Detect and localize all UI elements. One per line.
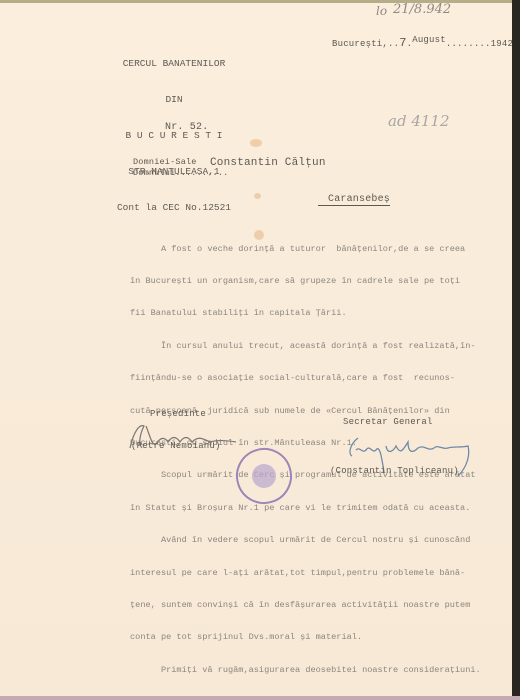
scan-edge-bottom — [0, 696, 520, 700]
body-line: conta pe tot sprijinul Dvs.moral și mate… — [130, 632, 481, 643]
date-dots: .. — [388, 39, 399, 49]
body-line: interesul pe care l-ați arătat,tot timpu… — [130, 568, 481, 579]
archive-note-prefix: lo — [376, 4, 387, 18]
president-name: (Petre Nemoianu) — [131, 441, 221, 451]
body-line: A fost o veche dorință a tuturor bănățen… — [130, 244, 481, 255]
stain — [250, 139, 262, 147]
stamp-emblem — [248, 460, 280, 492]
letterhead-org: CERCUL BANATENILOR — [110, 58, 238, 70]
date-day: 7 — [399, 36, 406, 50]
letterhead-account: Cont la CEC No.12521 — [110, 202, 238, 214]
body-line: ființându-se o asociație social-cultural… — [130, 373, 481, 384]
archive-note-side: ad 4112 — [388, 112, 450, 130]
letter-number: Nr. 52. — [165, 122, 208, 133]
date-month: August — [412, 35, 446, 45]
archive-note-top: 21/8.942 — [393, 2, 451, 17]
stain — [254, 193, 261, 199]
date-place: București, — [332, 39, 388, 49]
body-line: țene, suntem convinși că în desfășurarea… — [130, 600, 481, 611]
body-line: Primiți vă rugăm,asigurarea deosebitei n… — [130, 665, 481, 676]
body-line: în Statut și Broșura Nr.1 pe care vi le … — [130, 503, 481, 514]
date-dots: ........ — [446, 39, 491, 49]
body-line: fii Banatului stabiliți în capitala Țări… — [130, 308, 481, 319]
scan-edge-right — [512, 0, 520, 700]
body-line: Având în vedere scopul urmărit de Cercul… — [130, 535, 481, 546]
date-line: București,..7.August........1942 — [332, 36, 513, 50]
addressee-name: Constantin Călțun — [210, 157, 326, 169]
secretary-title: Secretar General — [343, 417, 433, 427]
body-line: în București un organism,care să grupeze… — [130, 276, 481, 287]
letterhead-din: DIN — [110, 94, 238, 106]
president-title: Președinte — [150, 409, 206, 419]
salutation-line: Domnului.......... — [133, 168, 228, 179]
date-year: 1942 — [491, 39, 513, 49]
letterhead: CERCUL BANATENILOR DIN B U C U R E S T I… — [110, 34, 238, 238]
body-line: În cursul anului trecut, această dorință… — [130, 341, 481, 352]
secretary-name: (Constantin Topliceanu) — [330, 466, 459, 476]
addressee-city: Caransebeș — [318, 194, 390, 206]
letter-page: lo 21/8.942 CERCUL BANATENILOR DIN B U C… — [0, 0, 512, 696]
